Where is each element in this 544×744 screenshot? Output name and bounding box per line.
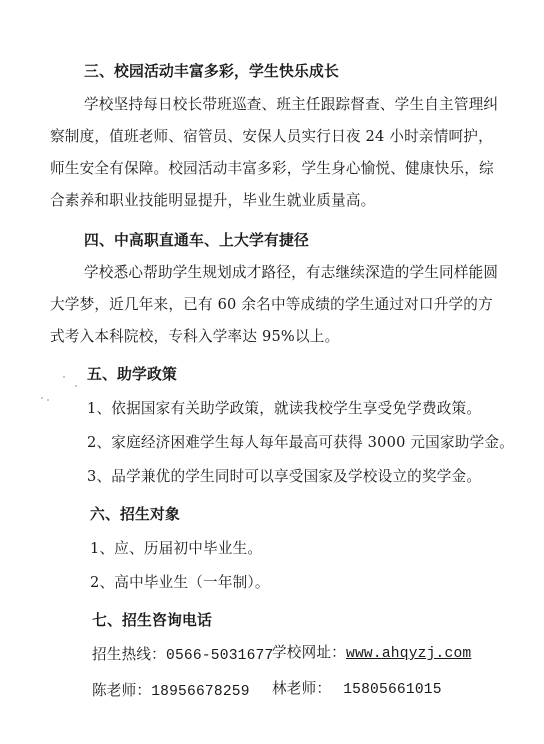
paragraph-line: 学校悉心帮助学生规划成才路径，有志继续深造的学生同样能圆 (84, 264, 498, 282)
hotline-number: 0566-5031677 (166, 648, 274, 664)
paragraph-line: 学校坚持每日校长带班巡查、班主任跟踪督查、学生自主管理纠 (84, 96, 498, 114)
website-row: 学校网址：www.ahqyzj.com (272, 644, 471, 663)
paragraph-line: 师生安全有保障。校园活动丰富多彩，学生身心愉悦、健康快乐，综 (50, 160, 494, 178)
section-heading-enrollment-target: 六、招生对象 (90, 506, 180, 524)
website-link[interactable]: www.ahqyzj.com (346, 646, 471, 662)
section-heading-campus-activities: 三、校园活动丰富多彩，学生快乐成长 (84, 63, 339, 81)
teacher-chen-row: 陈老师：18956678259 (92, 682, 250, 701)
section-heading-financial-aid: 五、助学政策 (87, 366, 177, 384)
list-item: 1、依据国家有关助学政策，就读我校学生享受免学费政策。 (87, 400, 481, 418)
hotline-row: 招生热线：0566-5031677 (92, 646, 273, 665)
list-item: 1、应、历届初中毕业生。 (90, 540, 262, 558)
hotline-label: 招生热线： (92, 646, 166, 663)
teacher-lin-phone: 15805661015 (343, 682, 442, 698)
scan-speck (41, 397, 43, 399)
list-item: 2、高中毕业生（一年制）。 (90, 574, 270, 592)
paragraph-line: 式考入本科院校，专科入学率达 95%以上。 (50, 328, 339, 346)
section-heading-contact: 七、招生咨询电话 (92, 612, 212, 630)
teacher-lin-row: 林老师：15805661015 (272, 680, 442, 699)
teacher-lin-label: 林老师： (272, 680, 331, 697)
teacher-chen-label: 陈老师： (92, 682, 151, 699)
website-label: 学校网址： (272, 644, 346, 661)
scan-speck (75, 385, 77, 387)
paragraph-line: 合素养和职业技能明显提升，毕业生就业质量高。 (50, 192, 375, 210)
list-item: 2、家庭经济困难学生每人每年最高可获得 3000 元国家助学金。 (87, 434, 514, 452)
scan-speck (47, 399, 49, 401)
paragraph-line: 察制度，值班老师、宿管员、安保人员实行日夜 24 小时亲情呵护， (50, 128, 493, 146)
section-heading-higher-education: 四、中高职直通车、上大学有捷径 (84, 232, 309, 250)
teacher-chen-phone: 18956678259 (151, 684, 250, 700)
list-item: 3、品学兼优的学生同时可以享受国家及学校设立的奖学金。 (87, 468, 481, 486)
paragraph-line: 大学梦，近几年来，已有 60 余名中等成绩的学生通过对口升学的方 (50, 296, 493, 314)
scan-speck (63, 376, 65, 378)
